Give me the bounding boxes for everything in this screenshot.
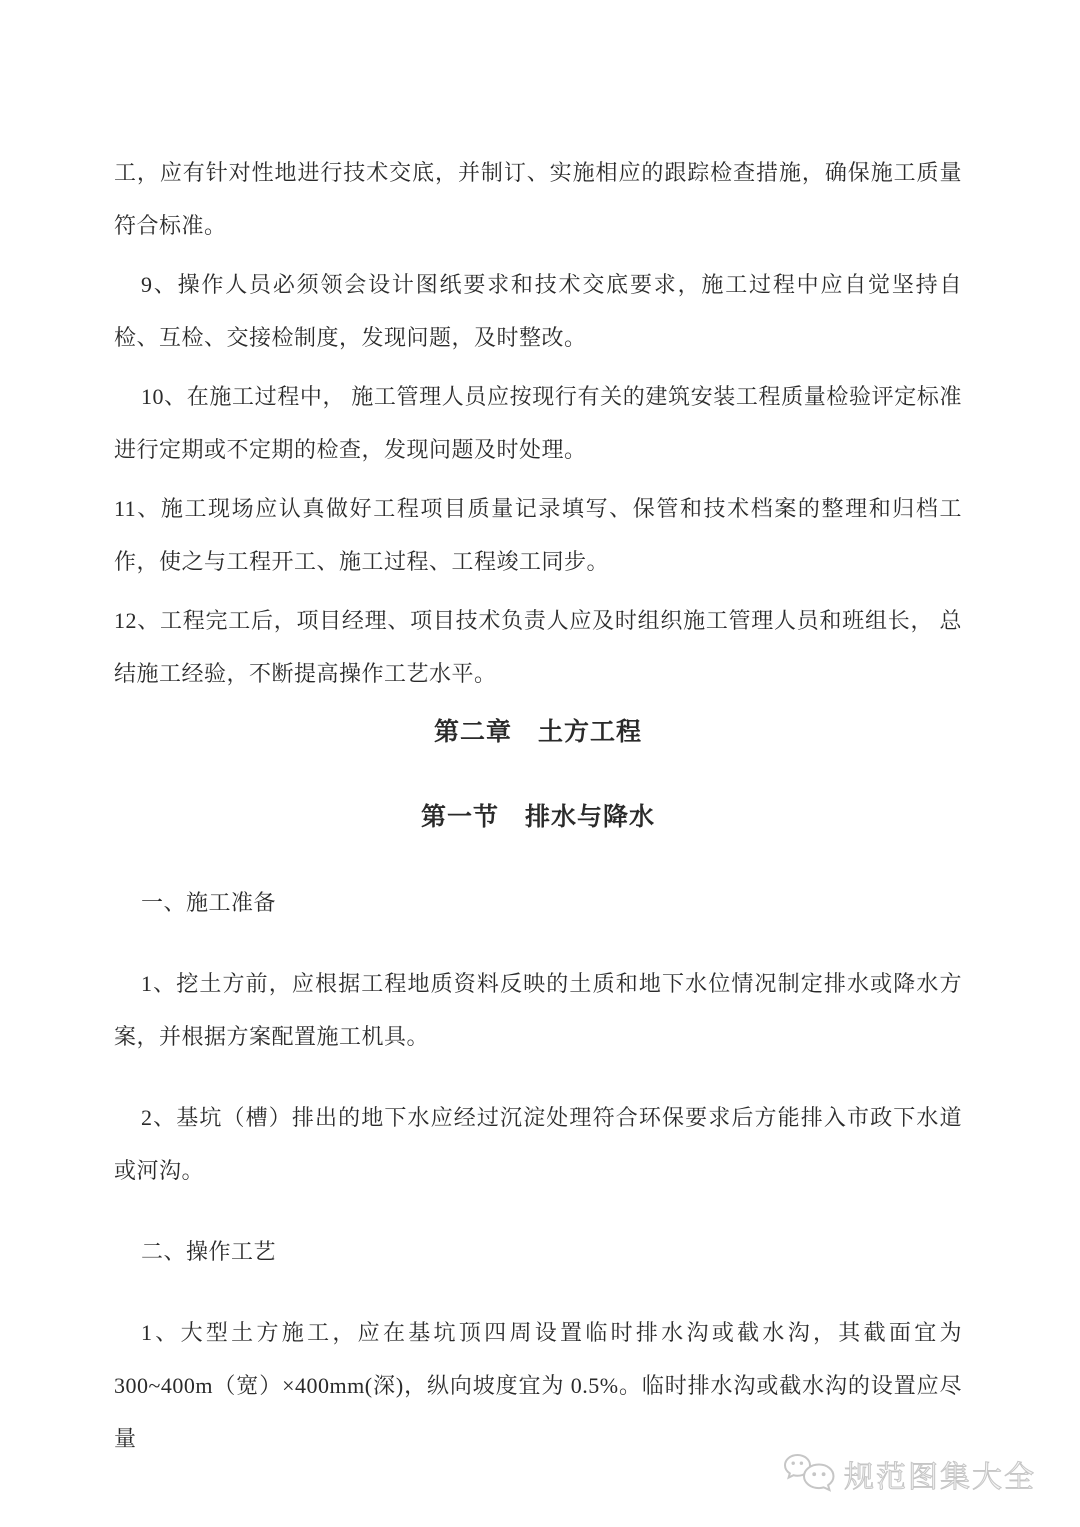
paragraph-item-10: 10、在施工过程中， 施工管理人员应按现行有关的建筑安装工程质量检验评定标准进行… [114,370,962,476]
paragraph-prep-item-2: 2、基坑（槽）排出的地下水应经过沉淀处理符合环保要求后方能排入市政下水道或河沟。 [114,1091,962,1197]
watermark: 规范图集大全 [783,1451,1036,1497]
paragraph-process-item-1: 1、大型土方施工，应在基坑顶四周设置临时排水沟或截水沟，其截面宜为300~400… [114,1306,962,1465]
watermark-text: 规范图集大全 [844,1452,1036,1496]
paragraph-item-9: 9、操作人员必须领会设计图纸要求和技术交底要求，施工过程中应自觉坚持自检、互检、… [114,258,962,364]
paragraph-item-11: 11、施工现场应认真做好工程项目质量记录填写、保管和技术档案的整理和归档工作，使… [114,482,962,588]
paragraph-continuation: 工，应有针对性地进行技术交底，并制订、实施相应的跟踪检查措施，确保施工质量符合标… [114,146,962,252]
paragraph-prep-item-1: 1、挖土方前，应根据工程地质资料反映的土质和地下水位情况制定排水或降水方案，并根… [114,957,962,1063]
section-heading: 第一节 排水与降水 [114,791,962,844]
chapter-heading: 第二章 土方工程 [114,706,962,759]
subheading-operation-process: 二、操作工艺 [114,1225,962,1278]
subheading-construction-preparation: 一、施工准备 [114,876,962,929]
wechat-icon [783,1451,837,1497]
document-page: 工，应有针对性地进行技术交底，并制订、实施相应的跟踪检查措施，确保施工质量符合标… [0,0,1080,1527]
paragraph-item-12: 12、工程完工后，项目经理、项目技术负责人应及时组织施工管理人员和班组长， 总结… [114,594,962,700]
